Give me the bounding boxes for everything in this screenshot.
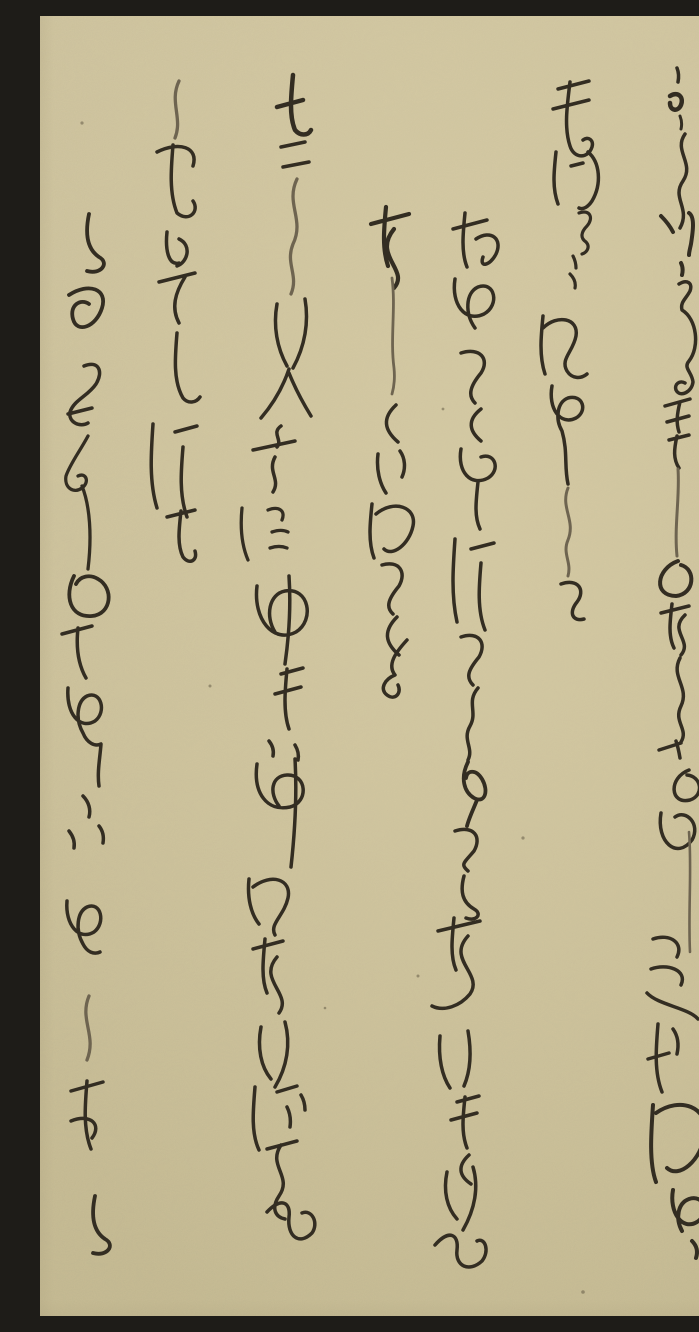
ink-speck [521,836,524,839]
bottom-edge-shadow [40,1300,699,1316]
ink-speck [209,685,212,688]
glyph-stroke [680,116,682,129]
left-edge-shadow [40,16,54,1316]
glyph-stroke [689,832,690,952]
glyph-stroke [677,68,679,82]
ink-speck [80,121,83,124]
manuscript-canvas [40,16,699,1316]
ink-speck [324,1007,327,1010]
ink-speck [581,1290,585,1294]
ink-speck [417,975,420,978]
ink-speck [442,408,445,411]
paper-sheen [40,16,699,1316]
manuscript-photo [40,16,699,1316]
